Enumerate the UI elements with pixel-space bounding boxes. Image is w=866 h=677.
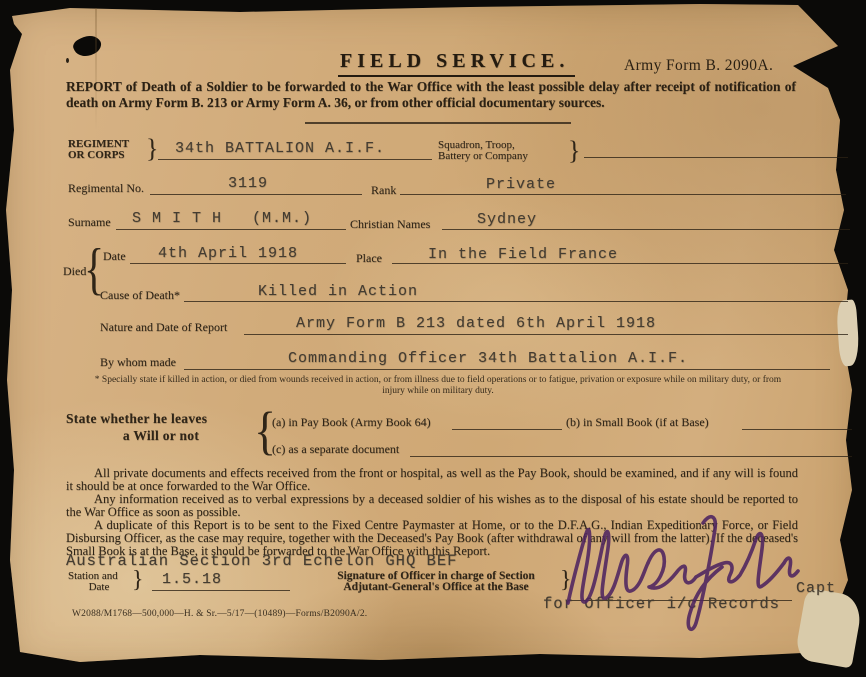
surname-value: S M I T H (M.M.)	[132, 210, 312, 227]
died-label: Died	[63, 264, 86, 279]
paragraph-documents: All private documents and effects receiv…	[66, 467, 798, 493]
rank-value: Private	[486, 176, 556, 193]
regimental-no-value: 3119	[228, 175, 268, 192]
regimental-no-label: Regimental No.	[68, 181, 144, 196]
army-form-number: Army Form B. 2090A.	[624, 57, 773, 75]
section-stamp: Australian Section 3rd Echelon GHQ BEF	[66, 552, 457, 570]
cause-of-death-value: Killed in Action	[258, 283, 418, 300]
will-option-c-line	[410, 456, 852, 457]
header-divider	[305, 122, 571, 124]
died-date-label: Date	[103, 249, 126, 264]
died-place-label: Place	[356, 251, 382, 266]
christian-names-label: Christian Names	[350, 217, 430, 232]
signature-label: Signature of Officer in charge of Sectio…	[312, 571, 560, 593]
regiment-line	[158, 159, 432, 160]
will-option-b-line	[742, 429, 852, 430]
squadron-label: Squadron, Troop, Battery or Company	[438, 140, 528, 162]
regimental-no-line	[150, 194, 362, 195]
died-place-value: In the Field France	[428, 246, 618, 263]
squadron-brace: }	[568, 136, 580, 166]
station-brace: }	[132, 567, 144, 594]
form-title: FIELD SERVICE.	[338, 50, 575, 77]
print-code: W2088/M1768—500,000—H. & Sr.—5/17—(10489…	[72, 609, 367, 619]
died-date-line	[130, 263, 346, 264]
cause-of-death-line	[184, 301, 848, 302]
regiment-label: REGIMENT OR CORPS	[68, 139, 129, 161]
station-label-line2: Date	[68, 582, 130, 593]
regiment-label-line2: OR CORPS	[68, 149, 125, 161]
surname-line	[116, 229, 346, 230]
report-value: Army Form B 213 dated 6th April 1918	[296, 315, 656, 332]
squadron-line	[584, 157, 848, 158]
by-whom-label: By whom made	[100, 355, 176, 370]
report-label: Nature and Date of Report	[100, 320, 227, 335]
surname-label: Surname	[68, 215, 111, 230]
will-option-c-label: (c) as a separate document	[272, 442, 399, 457]
will-option-a-label: (a) in Pay Book (Army Book 64)	[272, 415, 431, 430]
cause-of-death-label: Cause of Death*	[100, 288, 180, 303]
signature-label-line2: Adjutant-General's Office at the Base	[343, 581, 528, 593]
footnote: * Specially state if killed in action, o…	[85, 375, 791, 396]
will-label-line2: a Will or not	[66, 428, 256, 444]
station-value: 1.5.18	[162, 571, 222, 588]
died-place-line	[392, 263, 848, 264]
christian-names-value: Sydney	[477, 211, 537, 228]
will-option-a-line	[452, 429, 562, 430]
station-line	[152, 590, 290, 591]
handwritten-signature	[540, 505, 810, 635]
by-whom-line	[184, 369, 830, 370]
regiment-value: 34th BATTALION A.I.F.	[175, 140, 385, 157]
regiment-brace: }	[146, 134, 158, 164]
squadron-label-line2: Battery or Company	[438, 150, 528, 162]
by-whom-value: Commanding Officer 34th Battalion A.I.F.	[288, 350, 688, 367]
scanned-document-page: FIELD SERVICE. Army Form B. 2090A. REPOR…	[0, 0, 866, 677]
rank-label: Rank	[371, 183, 396, 198]
rank-line	[400, 194, 846, 195]
intro-paragraph: REPORT of Death of a Soldier to be forwa…	[66, 79, 796, 110]
died-date-value: 4th April 1918	[158, 245, 298, 262]
christian-names-line	[442, 229, 850, 230]
form-content: FIELD SERVICE. Army Form B. 2090A. REPOR…	[0, 0, 866, 677]
will-label-line1: State whether he leaves	[66, 411, 207, 427]
will-option-b-label: (b) in Small Book (if at Base)	[566, 415, 709, 430]
station-label: Station and Date	[68, 571, 130, 593]
report-line	[244, 334, 848, 335]
